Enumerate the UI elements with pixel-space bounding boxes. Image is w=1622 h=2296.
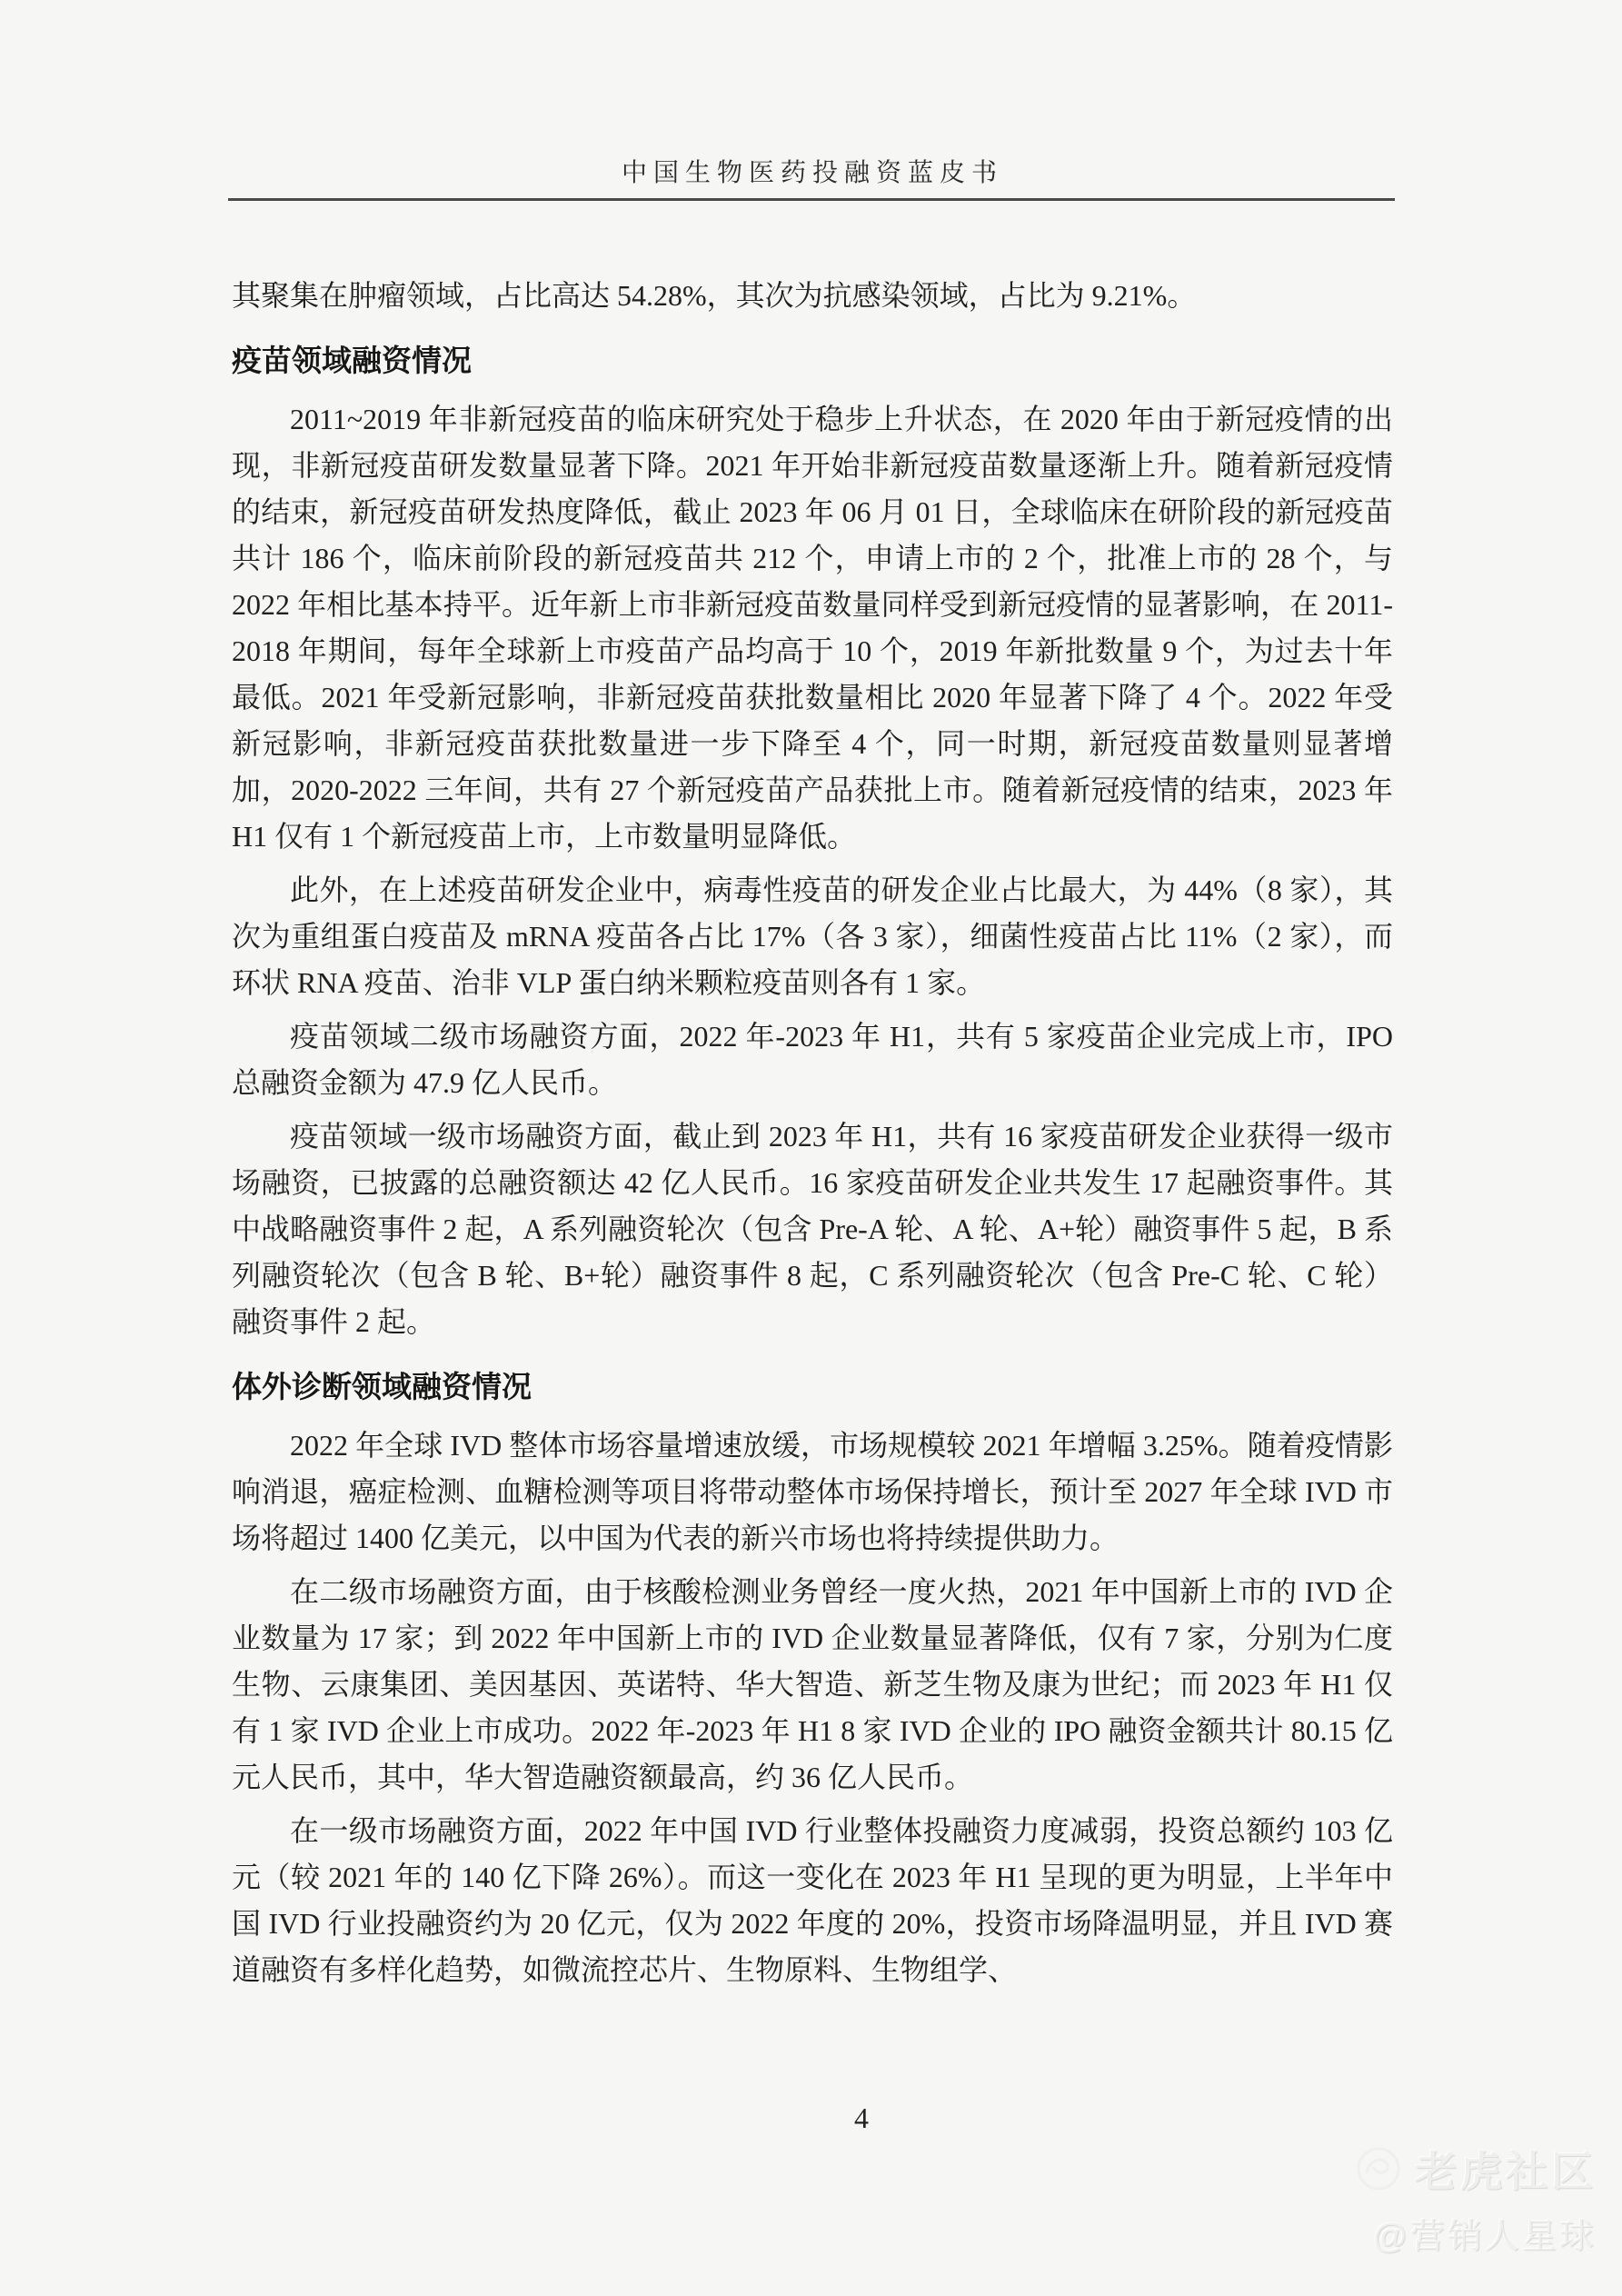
watermark-brand-text: 老虎社区 — [1415, 2139, 1597, 2199]
watermark-handle-text: @营销人星球 — [1355, 2208, 1597, 2258]
section-heading-ivd-financing: 体外诊断领域融资情况 — [232, 1365, 1393, 1412]
paragraph-vaccine-overview: 2011~2019 年非新冠疫苗的临床研究处于稳步上升状态，在 2020 年由于… — [232, 396, 1393, 860]
paragraph-vaccine-primary-market: 疫苗领域一级市场融资方面，截止到 2023 年 H1，共有 16 家疫苗研发企业… — [232, 1113, 1393, 1345]
page-number: 4 — [854, 2101, 869, 2135]
tiger-circle-icon — [1355, 2145, 1402, 2192]
paragraph-ivd-secondary-market: 在二级市场融资方面，由于核酸检测业务曾经一度火热，2021 年中国新上市的 IV… — [232, 1569, 1393, 1801]
watermark: 老虎社区 @营销人星球 — [1355, 2139, 1597, 2258]
paragraph-ivd-primary-market: 在一级市场融资方面，2022 年中国 IVD 行业整体投融资力度减弱，投资总额约… — [232, 1808, 1393, 1993]
header-rule-divider — [228, 198, 1395, 201]
section-heading-vaccine-financing: 疫苗领域融资情况 — [232, 339, 1393, 385]
paragraph-continuation: 其聚集在肿瘤领域，占比高达 54.28%，其次为抗感染领域，占比为 9.21%。 — [232, 273, 1393, 319]
paragraph-vaccine-secondary-market: 疫苗领域二级市场融资方面，2022 年-2023 年 H1，共有 5 家疫苗企业… — [232, 1013, 1393, 1106]
document-page: 中国生物医药投融资蓝皮书 其聚集在肿瘤领域，占比高达 54.28%，其次为抗感染… — [0, 0, 1622, 2296]
paragraph-ivd-market-overview: 2022 年全球 IVD 整体市场容量增速放缓，市场规模较 2021 年增幅 3… — [232, 1423, 1393, 1562]
document-body: 其聚集在肿瘤领域，占比高达 54.28%，其次为抗感染领域，占比为 9.21%。… — [232, 273, 1393, 2001]
paragraph-vaccine-company-breakdown: 此外，在上述疫苗研发企业中，病毒性疫苗的研发企业占比最大，为 44%（8 家），… — [232, 867, 1393, 1006]
running-header-title: 中国生物医药投融资蓝皮书 — [230, 153, 1395, 189]
